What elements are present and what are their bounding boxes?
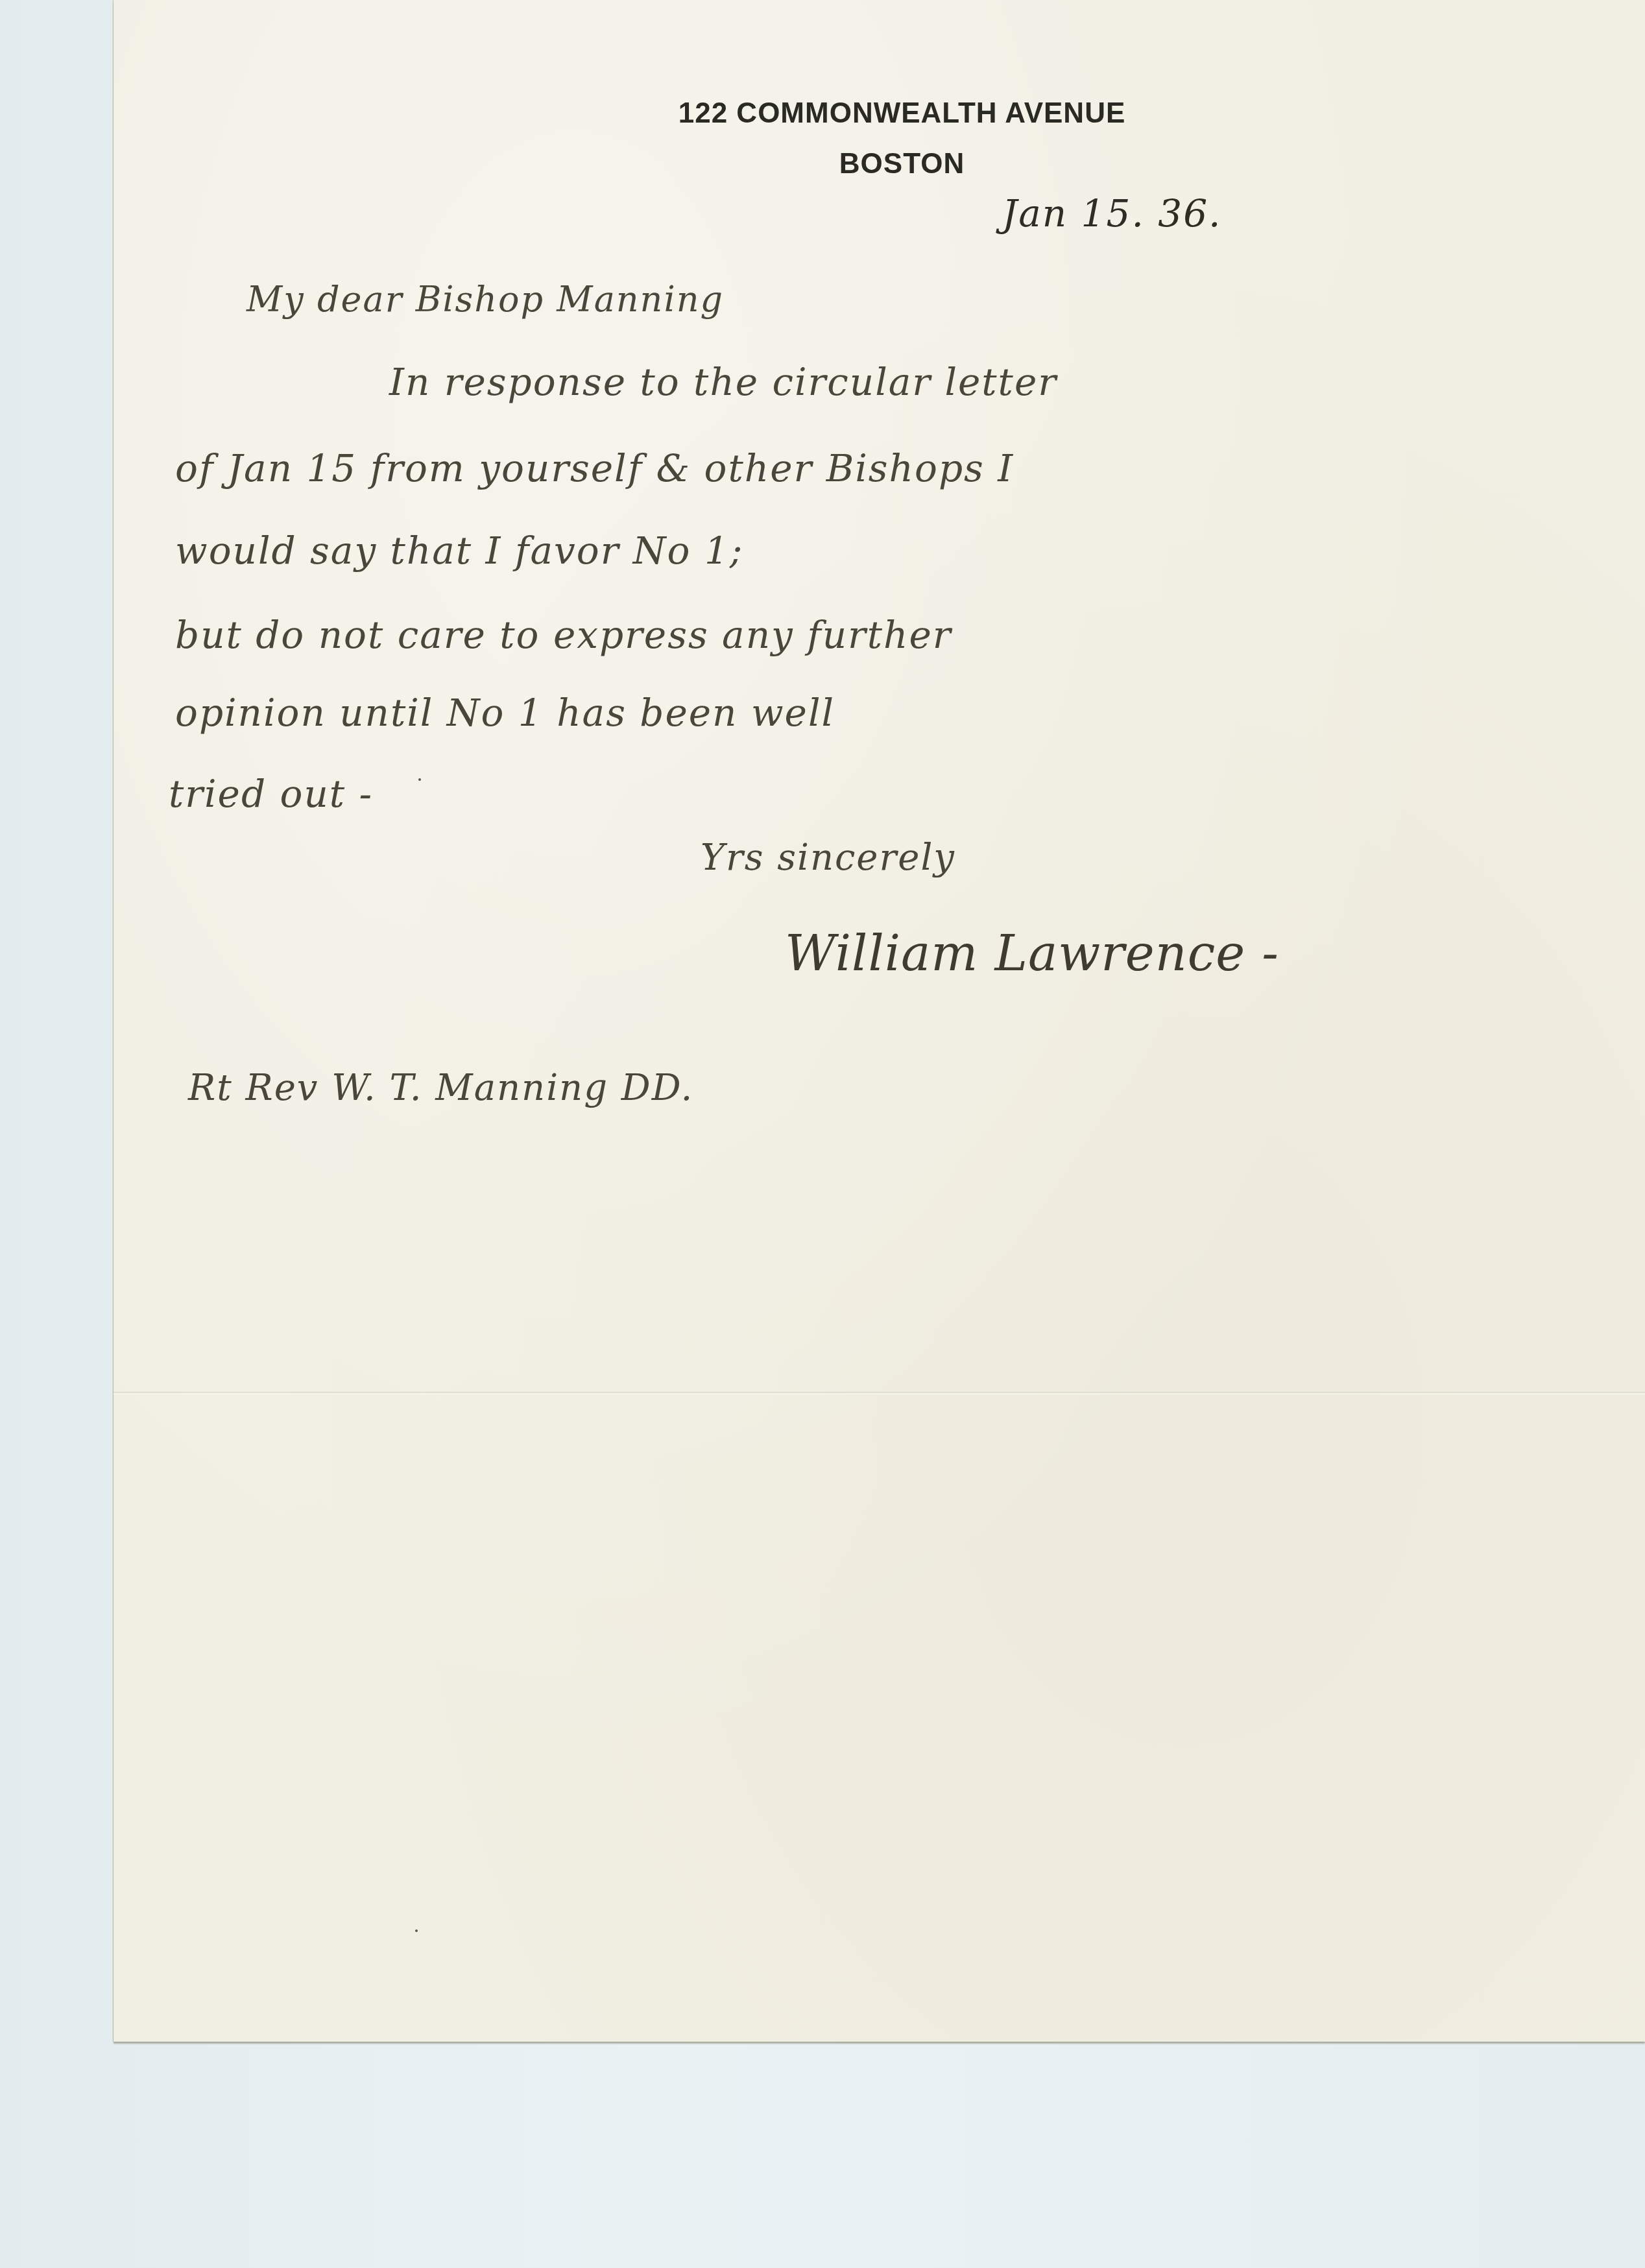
signature: William Lawrence - xyxy=(785,924,1279,982)
fold-crease xyxy=(114,1392,1645,1394)
letterhead-address: 122 COMMONWEALTH AVENUE xyxy=(136,97,1645,130)
body-line: In response to the circular letter xyxy=(389,360,1057,404)
body-line: of Jan 15 from yourself & other Bishops … xyxy=(175,446,1014,490)
addressee: Rt Rev W. T. Manning DD. xyxy=(188,1067,693,1109)
body-line: but do not care to express any further xyxy=(175,613,952,657)
salutation: My dear Bishop Manning xyxy=(246,279,724,320)
letter-date: Jan 15. 36. xyxy=(1002,191,1222,235)
body-line: tried out - xyxy=(169,772,373,816)
paper-speck xyxy=(415,1929,418,1932)
body-line: would say that I favor No 1; xyxy=(175,529,743,573)
closing: Yrs sincerely xyxy=(701,837,955,879)
paper-speck xyxy=(418,778,421,781)
body-line: opinion until No 1 has been well xyxy=(175,691,835,735)
letterhead-city: BOSTON xyxy=(136,148,1645,180)
